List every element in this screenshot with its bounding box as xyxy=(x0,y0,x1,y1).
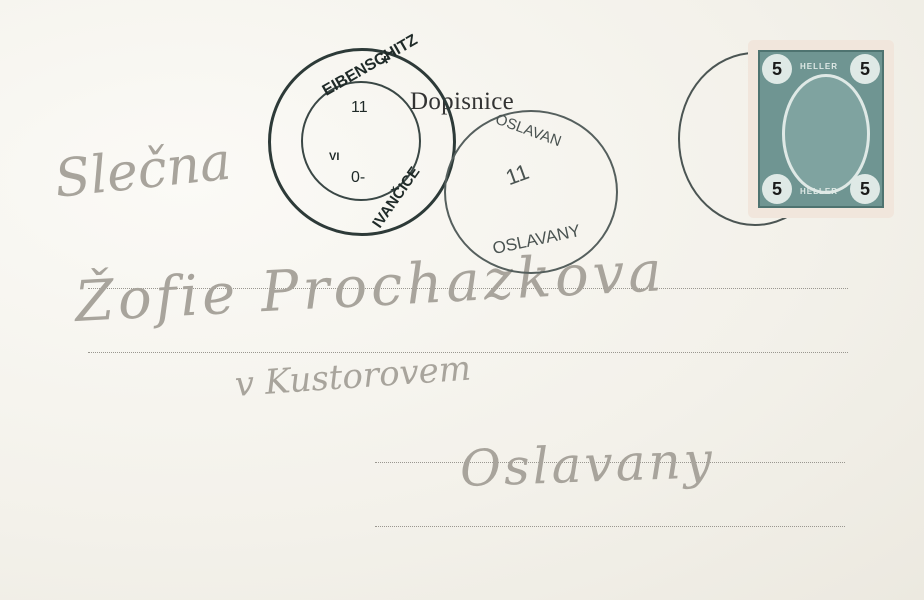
handwriting-salutation: Slečna xyxy=(52,132,234,210)
postmark-day: 11 xyxy=(502,159,532,191)
address-line-4 xyxy=(375,526,845,527)
postmark-eibenschitz: EIBENSCHITZ IVANČICE 11 VI 0- * xyxy=(268,48,456,236)
postmark-town-bottom: OSLAVANY xyxy=(491,221,582,259)
handwriting-town: Oslavany xyxy=(459,431,716,498)
star-icon: * xyxy=(381,53,389,76)
stamp-value-bl: 5 xyxy=(762,174,792,204)
stamp-value-br: 5 xyxy=(850,174,880,204)
stamp-value-tr: 5 xyxy=(850,54,880,84)
postcard: Dopisnice Slečna Žofie Prochazkova v Kus… xyxy=(0,0,924,600)
postmark-oslavany: OSLAVAN 11 OSLAVANY xyxy=(444,110,618,274)
postmark-town-top: OSLAVAN xyxy=(493,111,563,150)
stamp-value-tl: 5 xyxy=(762,54,792,84)
postage-stamp: 5 5 5 5 HELLER HELLER xyxy=(752,44,890,214)
postmark-day: 11 xyxy=(351,99,368,117)
handwriting-street: v Kustorovem xyxy=(234,349,473,405)
stamp-currency-top: HELLER xyxy=(800,62,838,71)
postmark-year: 0- xyxy=(351,169,365,187)
postmark-month: VI xyxy=(329,151,339,163)
stamp-currency-bottom: HELLER xyxy=(800,187,838,196)
